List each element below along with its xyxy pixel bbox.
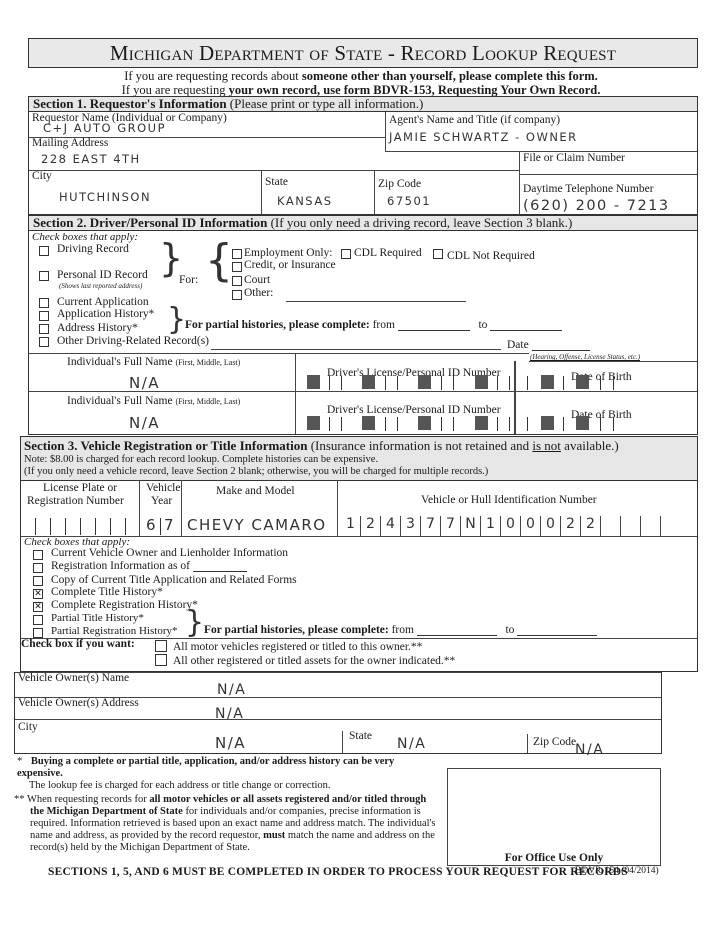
section3-partial-label: For partial histories, please complete: …: [204, 624, 597, 636]
make-model-field[interactable]: CHEVY CAMARO: [187, 516, 327, 534]
complete-title-history-checkbox[interactable]: [33, 589, 43, 599]
driving-record-checkbox[interactable]: [39, 246, 49, 256]
subtitle-1-bold: someone other than yourself, please comp…: [302, 69, 598, 83]
individual2-dl-label: Driver's License/Personal ID Number: [327, 404, 501, 416]
state-field[interactable]: KANSAS: [277, 194, 333, 208]
date-note: (Hearing, Offense, License Status, etc.): [530, 353, 640, 361]
brace-icon: }: [159, 239, 183, 277]
section3-partial-label-text: For partial histories, please complete:: [204, 624, 389, 636]
footnote-1: * Buying a complete or partial title, ap…: [17, 756, 437, 792]
all-motor-vehicles-checkbox[interactable]: [155, 640, 167, 652]
section3-note-2: (If you only need a vehicle record, leav…: [24, 466, 488, 477]
partial-registration-history-checkbox[interactable]: [33, 628, 43, 638]
complete-registration-history-label: Complete Registration History*: [51, 599, 198, 611]
other-driving-record-checkbox[interactable]: [39, 337, 49, 347]
other-checkbox[interactable]: [232, 290, 242, 300]
footnote-2-d: must: [263, 830, 285, 841]
vin-char: 2: [361, 516, 381, 536]
section1-title: Section 1. Requestor's Information: [33, 96, 227, 111]
partial-title-history-checkbox[interactable]: [33, 615, 43, 625]
plate-label-1: License Plate or: [43, 482, 117, 494]
section3-note-pre: (Insurance information is not retained a…: [307, 438, 532, 453]
section3-to-date[interactable]: [517, 626, 597, 636]
vin-char: N: [461, 516, 481, 536]
section2-title: Section 2. Driver/Personal ID Informatio…: [33, 215, 267, 230]
date-label-text: Date: [507, 339, 529, 351]
individual2-name-label: Individual's Full Name (First, Middle, L…: [67, 395, 240, 407]
vin-char: [641, 516, 661, 536]
footer-instruction: SECTIONS 1, 5, AND 6 MUST BE COMPLETED I…: [48, 866, 648, 878]
date-label: Date: [507, 339, 590, 351]
other-label: Other:: [244, 287, 273, 299]
mailing-address-label: Mailing Address: [32, 137, 108, 149]
vin-label: Vehicle or Hull Identification Number: [421, 494, 597, 506]
want-label: Check box if you want:: [21, 638, 135, 650]
application-history-checkbox[interactable]: [39, 311, 49, 321]
year-digit-1[interactable]: 6: [146, 516, 157, 534]
section2-frame: Check boxes that apply: Driving Record P…: [28, 230, 698, 435]
office-use-box: For Office Use Only: [447, 768, 661, 866]
vin-char: 0: [541, 516, 561, 536]
vin-char: 4: [381, 516, 401, 536]
section2-from-date[interactable]: [398, 321, 470, 331]
address-history-label: Address History*: [57, 322, 138, 334]
mailing-address-field[interactable]: 228 EAST 4TH: [41, 152, 141, 166]
section3-note-underlined: is not: [532, 438, 561, 453]
to-label: to: [478, 319, 487, 331]
section1-note: (Please print or type all information.): [227, 96, 424, 111]
subtitle-1-text: If you are requesting records about: [124, 69, 302, 83]
registration-as-of-label: Registration Information as of: [51, 560, 247, 572]
for-label: For:: [179, 274, 198, 286]
section3-title: Section 3. Vehicle Registration or Title…: [24, 438, 307, 453]
current-application-checkbox[interactable]: [39, 298, 49, 308]
cdl-required-label: CDL Required: [354, 247, 422, 259]
vin-char: 7: [441, 516, 461, 536]
individual2-name-note: (First, Middle, Last): [175, 397, 240, 406]
section2-partial-label: For partial histories, please complete: …: [185, 319, 562, 331]
owner-address-label: Vehicle Owner(s) Address: [18, 697, 139, 709]
complete-title-history-label: Complete Title History*: [51, 586, 163, 598]
owner-state-label: State: [349, 730, 372, 742]
owner-name-field[interactable]: N/A: [217, 682, 246, 698]
owner-address-field[interactable]: N/A: [215, 706, 244, 722]
section1-frame: Requestor Name (Individual or Company) C…: [28, 111, 698, 215]
individual1-name-field[interactable]: N/A: [129, 374, 160, 392]
phone-label: Daytime Telephone Number: [523, 183, 654, 195]
cdl-required-checkbox[interactable]: [341, 249, 351, 259]
all-motor-vehicles-label: All motor vehicles registered or titled …: [173, 641, 422, 653]
title-application-copy-checkbox[interactable]: [33, 576, 43, 586]
owner-name-label: Vehicle Owner(s) Name: [18, 672, 129, 684]
current-owner-label: Current Vehicle Owner and Lienholder Inf…: [51, 547, 288, 559]
employment-only-checkbox[interactable]: [232, 249, 242, 259]
subtitle-1: If you are requesting records about some…: [0, 69, 722, 84]
footnote-2: ** When requesting records for all motor…: [14, 794, 438, 854]
subtitle-2-text: If you are requesting: [122, 83, 229, 97]
agent-label: Agent's Name and Title (if company): [389, 114, 560, 126]
current-application-label: Current Application: [57, 296, 149, 308]
current-owner-checkbox[interactable]: [33, 550, 43, 560]
section1-header: Section 1. Requestor's Information (Plea…: [28, 96, 698, 112]
vin-char: 2: [581, 516, 601, 536]
year-label-1: Vehicle: [146, 482, 180, 494]
subtitle-2-bold: your own record, use form BDVR-153, Requ…: [229, 83, 601, 97]
vin-char: 3: [401, 516, 421, 536]
individual1-name-label: Individual's Full Name (First, Middle, L…: [67, 356, 240, 368]
agent-field[interactable]: JAMIE SCHWARTZ - OWNER: [389, 130, 578, 144]
make-model-label: Make and Model: [216, 485, 295, 497]
section3-frame: License Plate or Registration Number Veh…: [20, 480, 698, 672]
zip-label: Zip Code: [378, 178, 421, 190]
registration-as-of-date[interactable]: [193, 562, 247, 572]
vin-char: 1: [481, 516, 501, 536]
vin-char: 1: [341, 516, 361, 536]
footnote-2-mark: **: [14, 794, 25, 805]
date-input[interactable]: [532, 341, 590, 351]
individual2-name-label-text: Individual's Full Name: [67, 395, 173, 407]
owner-zip-field[interactable]: N/A: [575, 742, 604, 758]
section2-to-date[interactable]: [490, 321, 562, 331]
owner-city-field[interactable]: N/A: [215, 734, 246, 752]
section3-header: Section 3. Vehicle Registration or Title…: [20, 436, 698, 481]
section2-header: Section 2. Driver/Personal ID Informatio…: [28, 215, 698, 231]
brace-icon: }: [185, 608, 204, 638]
vin-char: [601, 516, 621, 536]
file-claim-label: File or Claim Number: [523, 152, 625, 164]
footnote-1-bold: Buying a complete or partial title, appl…: [17, 756, 394, 779]
credit-insurance-label: Credit, or Insurance: [244, 259, 336, 271]
section3-from-label: from: [392, 624, 414, 636]
personal-id-note: (Shows last reported address): [59, 282, 142, 290]
partial-title-history-label: Partial Title History*: [51, 612, 144, 624]
footnote-1-mark: *: [17, 756, 22, 767]
other-driving-record-input[interactable]: [211, 349, 501, 350]
other-driving-record-label: Other Driving-Related Record(s): [57, 335, 209, 347]
year-digit-2[interactable]: 7: [164, 516, 175, 534]
city-field[interactable]: HUTCHINSON: [59, 190, 151, 204]
form-title: Michigan Department of State - Record Lo…: [28, 38, 698, 68]
brace-icon: {: [205, 239, 233, 283]
credit-insurance-checkbox[interactable]: [232, 262, 242, 272]
all-other-assets-checkbox[interactable]: [155, 654, 167, 666]
title-application-copy-label: Copy of Current Title Application and Re…: [51, 574, 297, 586]
individual2-name-field[interactable]: N/A: [129, 414, 160, 432]
owner-state-field[interactable]: N/A: [397, 736, 426, 752]
registration-as-of-checkbox[interactable]: [33, 563, 43, 573]
complete-registration-history-checkbox[interactable]: [33, 602, 43, 612]
registration-as-of-text: Registration Information as of: [51, 560, 190, 572]
vin-char: [621, 516, 641, 536]
court-checkbox[interactable]: [232, 276, 242, 286]
cdl-not-required-checkbox[interactable]: [433, 249, 443, 259]
partial-label-text: For partial histories, please complete:: [185, 319, 370, 331]
office-use-label: For Office Use Only: [448, 852, 660, 864]
section3-title-row: Section 3. Vehicle Registration or Title…: [24, 438, 619, 454]
application-history-label: Application History*: [57, 308, 154, 320]
court-label: Court: [244, 274, 270, 286]
partial-registration-history-label: Partial Registration History*: [51, 625, 177, 637]
owner-city-label: City: [18, 721, 38, 733]
state-label: State: [265, 176, 288, 188]
zip-field[interactable]: 67501: [387, 194, 431, 208]
city-label: City: [32, 170, 52, 182]
owner-zip-label: Zip Code: [533, 736, 576, 748]
footnote-1-text: The lookup fee is charged for each addre…: [29, 780, 331, 791]
vin-field[interactable]: 1 2 4 3 7 7 N 1 0 0 0 2 2: [341, 516, 691, 536]
from-label: from: [373, 319, 395, 331]
all-other-assets-label: All other registered or titled assets fo…: [173, 655, 455, 667]
phone-field[interactable]: (620) 200 - 7213: [523, 198, 670, 214]
section2-check-label: Check boxes that apply:: [32, 231, 138, 243]
year-label-2: Year: [151, 495, 172, 507]
section3-note-1: Note: $8.00 is charged for each record l…: [24, 454, 378, 465]
employment-only-label: Employment Only:: [244, 247, 332, 259]
vin-char: 0: [501, 516, 521, 536]
footnote-2-a: When requesting records for: [27, 794, 149, 805]
plate-label-2: Registration Number: [27, 495, 124, 507]
vin-char: 2: [561, 516, 581, 536]
vin-char: 0: [521, 516, 541, 536]
personal-id-record-label: Personal ID Record: [57, 269, 148, 281]
individual1-name-label-text: Individual's Full Name: [67, 356, 173, 368]
vin-char: 7: [421, 516, 441, 536]
cdl-not-required-label: CDL Not Required: [447, 250, 535, 262]
section3-from-date[interactable]: [417, 626, 497, 636]
other-input-line[interactable]: [286, 301, 466, 302]
owner-frame: Vehicle Owner(s) Name N/A Vehicle Owner(…: [14, 672, 662, 754]
personal-id-record-checkbox[interactable]: [39, 271, 49, 281]
section2-note: (If you only need a driving record, leav…: [267, 215, 572, 230]
individual1-name-note: (First, Middle, Last): [175, 358, 240, 367]
brace-icon: }: [167, 305, 186, 335]
driving-record-label: Driving Record: [57, 243, 129, 255]
section3-to-label: to: [505, 624, 514, 636]
section3-note-post: available.): [561, 438, 619, 453]
requestor-name-field[interactable]: C+J AUTO GROUP: [43, 121, 166, 135]
address-history-checkbox[interactable]: [39, 324, 49, 334]
